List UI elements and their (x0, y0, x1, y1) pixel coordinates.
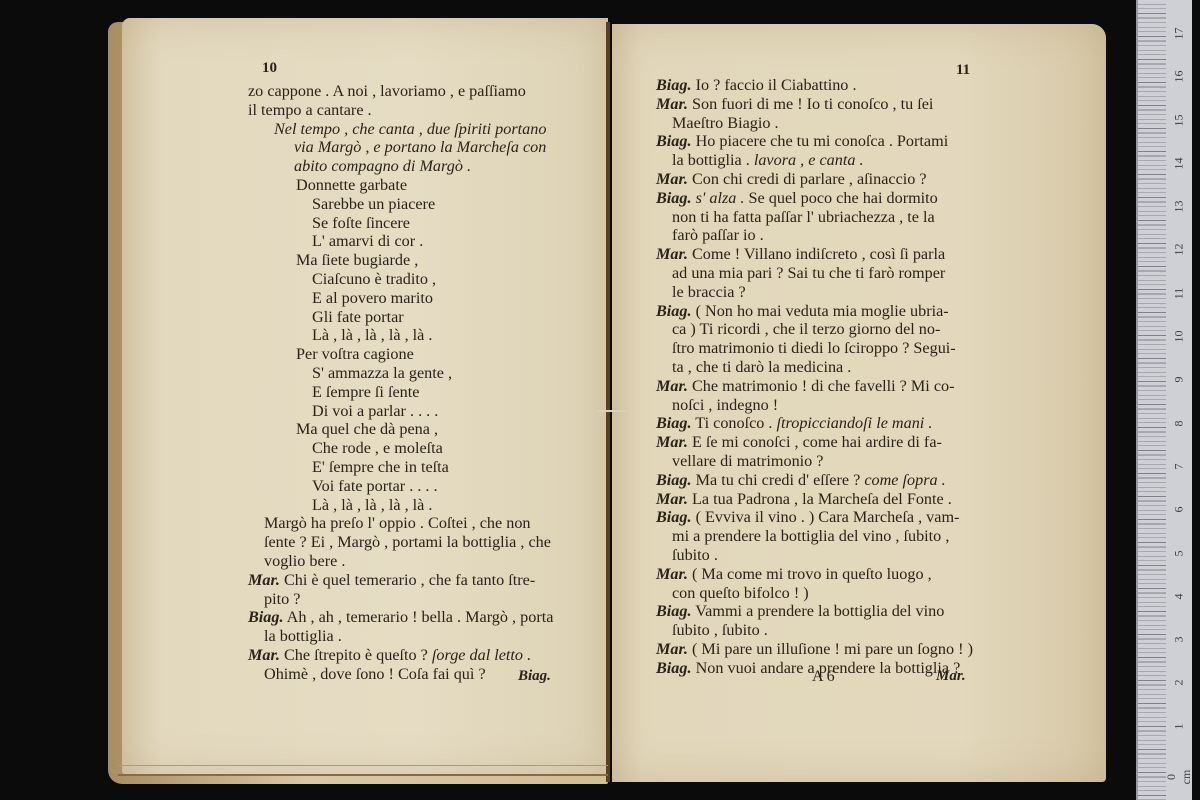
ruler-label: 11 (1172, 282, 1187, 304)
catchword-left: Biag. (518, 668, 551, 685)
page-number-left: 10 (262, 60, 277, 77)
text-line: Di voi a parlar . . . . (248, 402, 588, 421)
text-line: Biag. Ti conoſco . ſtropicciandoſi le ma… (656, 414, 996, 433)
ruler-label: 3 (1172, 629, 1187, 651)
text-line: voglio bere . (248, 552, 588, 571)
ruler-label: 16 (1172, 66, 1187, 88)
line-text: Gli fate portar (312, 308, 404, 326)
text-line: la bottiglia . lavora , e canta . (656, 151, 996, 170)
text-line: Mar. Che ſtrepito è queſto ? ſorge dal l… (248, 646, 588, 665)
line-text: Di voi a parlar . . . . (312, 402, 438, 420)
line-text: ca ) Ti ricordi , che il terzo giorno de… (672, 320, 940, 338)
text-line: le braccia ? (656, 283, 996, 302)
ruler-ticks (1138, 0, 1166, 800)
speaker-name: Biag. (656, 189, 692, 207)
speaker-name: Mar. (656, 170, 688, 188)
text-line: Biag. Io ? faccio il Ciabattino . (656, 76, 996, 95)
line-text: Voi fate portar . . . . (312, 477, 438, 495)
line-text: E al povero marito (312, 289, 433, 307)
text-line: mi a prendere la bottiglia del vino , ſu… (656, 527, 996, 546)
line-text: Per voſtra cagione (296, 345, 414, 363)
line-text: Ho piacere che tu mi conoſca . Portami (692, 132, 949, 150)
line-text: Son fuori di me ! Io ti conoſco , tu ſei (688, 95, 933, 113)
text-line: non ti ha fatta paſſar l' ubriachezza , … (656, 208, 996, 227)
speaker-name: Mar. (656, 640, 688, 658)
ruler-label: 7 (1172, 455, 1187, 477)
line-text: voglio bere . (264, 552, 345, 570)
text-line: vellare di matrimonio ? (656, 452, 996, 471)
speaker-name: Mar. (656, 377, 688, 395)
right-page-text: Biag. Io ? faccio il Ciabattino .Mar. So… (656, 76, 996, 678)
line-text: Ma ſiete bugiarde , (296, 251, 418, 269)
line-text: Vammi a prendere la bottiglia del vino (692, 602, 945, 620)
stage-direction: ſtropicciandoſi le mani . (777, 414, 933, 432)
text-line: Voi fate portar . . . . (248, 477, 588, 496)
ruler-label: 12 (1172, 239, 1187, 261)
line-text: ſubito , ſubito . (672, 621, 768, 639)
speaker-name: Biag. (656, 602, 692, 620)
ruler-label: 6 (1172, 499, 1187, 521)
line-text: con queſto bifolco ! ) (672, 584, 809, 602)
line-text: E ſempre ſi ſente (312, 383, 419, 401)
line-text: ( Evviva il vino . ) Cara Marcheſa , vam… (692, 508, 960, 526)
speaker-name: Biag. (656, 508, 692, 526)
text-line: Biag. Ho piacere che tu mi conoſca . Por… (656, 132, 996, 151)
line-text: Ohimè , dove ſono ! Coſa fai quì ? (264, 665, 486, 683)
line-text: Maeſtro Biagio . (672, 114, 779, 132)
text-line: E ſempre ſi ſente (248, 383, 588, 402)
ruler-label: 8 (1172, 412, 1187, 434)
speaker-name: Mar. (656, 490, 688, 508)
text-line: Biag. Ah , ah , temerario ! bella . Marg… (248, 608, 588, 627)
line-text: Che rode , e moleſta (312, 439, 443, 457)
speaker-name: Biag. (656, 659, 692, 677)
line-text: le braccia ? (672, 283, 746, 301)
ruler-label: 15 (1172, 109, 1187, 131)
catchword-right: Mar. (936, 668, 966, 685)
page-bottom-edges (118, 765, 608, 776)
text-line: Là , là , là , là , là . (248, 496, 588, 515)
speaker-name: Mar. (656, 95, 688, 113)
text-line: E' ſempre che in teſta (248, 458, 588, 477)
text-line: ta , che ti darò la medicina . (656, 358, 996, 377)
stage-direction: s' alza . (692, 189, 745, 207)
text-line: Mar. ( Mi pare un illuſione ! mi pare un… (656, 640, 996, 659)
text-line: ſente ? Ei , Margò , portami la bottigli… (248, 533, 588, 552)
text-line: Mar. La tua Padrona , la Marcheſa del Fo… (656, 490, 996, 509)
text-line: Biag. ( Non ho mai veduta mia moglie ubr… (656, 302, 996, 321)
text-line: E al povero marito (248, 289, 588, 308)
text-line: Ma ſiete bugiarde , (248, 251, 588, 270)
speaker-name: Biag. (248, 608, 284, 626)
text-line: via Margò , e portano la Marcheſa con (248, 138, 588, 157)
ruler-label: 4 (1172, 585, 1187, 607)
line-text: abito compagno di Margò . (294, 157, 471, 175)
text-line: Mar. Con chi credi di parlare , aſinacci… (656, 170, 996, 189)
text-line: Mar. Son fuori di me ! Io ti conoſco , t… (656, 95, 996, 114)
binding-thread (598, 410, 626, 416)
ruler-label: 17 (1172, 22, 1187, 44)
speaker-name: Biag. (656, 76, 692, 94)
ruler-label: 13 (1172, 196, 1187, 218)
line-text: mi a prendere la bottiglia del vino , ſu… (672, 527, 949, 545)
text-line: Biag. s' alza . Se quel poco che hai dor… (656, 189, 996, 208)
line-text: E' ſempre che in teſta (312, 458, 449, 476)
speaker-name: Biag. (656, 302, 692, 320)
line-text: ta , che ti darò la medicina . (672, 358, 851, 376)
text-line: Mar. Che matrimonio ! di che favelli ? M… (656, 377, 996, 396)
text-line: ſubito , ſubito . (656, 621, 996, 640)
text-line: farò paſſar io . (656, 226, 996, 245)
speaker-name: Mar. (248, 646, 280, 664)
line-text: La tua Padrona , la Marcheſa del Fonte . (688, 490, 952, 508)
text-line: la bottiglia . (248, 627, 588, 646)
line-text: Se quel poco che hai dormito (744, 189, 937, 207)
text-line: Se foſte ſincere (248, 214, 588, 233)
text-line: ſubito . (656, 546, 996, 565)
line-text: ſente ? Ei , Margò , portami la bottigli… (264, 533, 551, 551)
text-line: noſci , indegno ! (656, 396, 996, 415)
line-text: il tempo a cantare . (248, 101, 372, 119)
line-text: la bottiglia . (672, 151, 754, 169)
text-line: con queſto bifolco ! ) (656, 584, 996, 603)
line-text: Io ? faccio il Ciabattino . (692, 76, 857, 94)
ruler-label: 9 (1172, 369, 1187, 391)
line-text: Chi è quel temerario , che fa tanto ſtre… (280, 571, 535, 589)
text-line: S' ammazza la gente , (248, 364, 588, 383)
text-line: Per voſtra cagione (248, 345, 588, 364)
text-line: il tempo a cantare . (248, 101, 588, 120)
measurement-ruler: 0 cm1234567891011121314151617 (1136, 0, 1192, 800)
line-text: Che matrimonio ! di che favelli ? Mi co- (688, 377, 955, 395)
text-line: Biag. Ma tu chi credi d' eſſere ? come ſ… (656, 471, 996, 490)
text-line: Maeſtro Biagio . (656, 114, 996, 133)
speaker-name: Biag. (656, 414, 692, 432)
line-text: non ti ha fatta paſſar l' ubriachezza , … (672, 208, 935, 226)
line-text: Ma tu chi credi d' eſſere ? (692, 471, 865, 489)
text-line: Margò ha preſo l' oppio . Coſtei , che n… (248, 514, 588, 533)
line-text: Là , là , là , là , là . (312, 496, 432, 514)
line-text: Ciaſcuno è tradito , (312, 270, 436, 288)
text-line: Che rode , e moleſta (248, 439, 588, 458)
speaker-name: Mar. (248, 571, 280, 589)
stage-direction: lavora , e canta . (754, 151, 864, 169)
line-text: Ah , ah , temerario ! bella . Margò , po… (284, 608, 554, 626)
line-text: Che ſtrepito è queſto ? (280, 646, 432, 664)
open-book: 10 11 zo cappone . A noi , lavoriamo , e… (0, 0, 1200, 800)
ruler-label: 2 (1172, 672, 1187, 694)
line-text: ( Ma come mi trovo in queſto luogo , (688, 565, 932, 583)
line-text: Margò ha preſo l' oppio . Coſtei , che n… (264, 514, 531, 532)
text-line: zo cappone . A noi , lavoriamo , e paſſi… (248, 82, 588, 101)
line-text: ( Non ho mai veduta mia moglie ubria- (692, 302, 949, 320)
line-text: la bottiglia . (264, 627, 342, 645)
text-line: Mar. ( Ma come mi trovo in queſto luogo … (656, 565, 996, 584)
line-text: L' amarvi di cor . (312, 232, 423, 250)
text-line: L' amarvi di cor . (248, 232, 588, 251)
ruler-label: 10 (1172, 326, 1187, 348)
line-text: Sarebbe un piacere (312, 195, 435, 213)
line-text: farò paſſar io . (672, 226, 764, 244)
text-line: Gli fate portar (248, 308, 588, 327)
text-line: Mar. Come ! Villano indiſcreto , così ſi… (656, 245, 996, 264)
text-line: abito compagno di Margò . (248, 157, 588, 176)
line-text: ad una mia pari ? Sai tu che ti farò rom… (672, 264, 945, 282)
line-text: Come ! Villano indiſcreto , così ſi parl… (688, 245, 945, 263)
line-text: Se foſte ſincere (312, 214, 410, 232)
line-text: via Margò , e portano la Marcheſa con (294, 138, 546, 156)
line-text: noſci , indegno ! (672, 396, 778, 414)
line-text: zo cappone . A noi , lavoriamo , e paſſi… (248, 82, 526, 100)
ruler-label: 0 cm (1164, 766, 1194, 788)
line-text: pito ? (264, 590, 300, 608)
signature-mark: A 6 (812, 668, 835, 686)
line-text: S' ammazza la gente , (312, 364, 452, 382)
speaker-name: Mar. (656, 433, 688, 451)
line-text: vellare di matrimonio ? (672, 452, 823, 470)
text-line: Nel tempo , che canta , due ſpiriti port… (248, 120, 588, 139)
text-line: pito ? (248, 590, 588, 609)
line-text: ſubito . (672, 546, 718, 564)
text-line: Là , là , là , là , là . (248, 326, 588, 345)
book-gutter (606, 22, 610, 782)
text-line: ſtro matrimonio ti diedi lo ſciroppo ? S… (656, 339, 996, 358)
ruler-label: 1 (1172, 715, 1187, 737)
ruler-label: 5 (1172, 542, 1187, 564)
stage-direction: come ſopra . (864, 471, 945, 489)
ruler-label: 14 (1172, 152, 1187, 174)
text-line: Donnette garbate (248, 176, 588, 195)
left-page-text: zo cappone . A noi , lavoriamo , e paſſi… (248, 82, 588, 684)
line-text: Con chi credi di parlare , aſinaccio ? (688, 170, 927, 188)
line-text: ( Mi pare un illuſione ! mi pare un ſogn… (688, 640, 973, 658)
text-line: Ciaſcuno è tradito , (248, 270, 588, 289)
text-line: ad una mia pari ? Sai tu che ti farò rom… (656, 264, 996, 283)
text-line: Mar. E ſe mi conoſci , come hai ardire d… (656, 433, 996, 452)
text-line: ca ) Ti ricordi , che il terzo giorno de… (656, 320, 996, 339)
line-text: ſtro matrimonio ti diedi lo ſciroppo ? S… (672, 339, 956, 357)
text-line: Biag. ( Evviva il vino . ) Cara Marcheſa… (656, 508, 996, 527)
speaker-name: Mar. (656, 565, 688, 583)
line-text: Ti conoſco . (692, 414, 777, 432)
line-text: Ma quel che dà pena , (296, 420, 438, 438)
text-line: Ma quel che dà pena , (248, 420, 588, 439)
speaker-name: Biag. (656, 132, 692, 150)
speaker-name: Biag. (656, 471, 692, 489)
speaker-name: Mar. (656, 245, 688, 263)
stage-direction: ſorge dal letto . (432, 646, 531, 664)
text-line: Biag. Vammi a prendere la bottiglia del … (656, 602, 996, 621)
text-line: Mar. Chi è quel temerario , che fa tanto… (248, 571, 588, 590)
line-text: Là , là , là , là , là . (312, 326, 432, 344)
line-text: Nel tempo , che canta , due ſpiriti port… (274, 120, 546, 138)
text-line: Sarebbe un piacere (248, 195, 588, 214)
line-text: E ſe mi conoſci , come hai ardire di fa- (688, 433, 942, 451)
line-text: Donnette garbate (296, 176, 407, 194)
